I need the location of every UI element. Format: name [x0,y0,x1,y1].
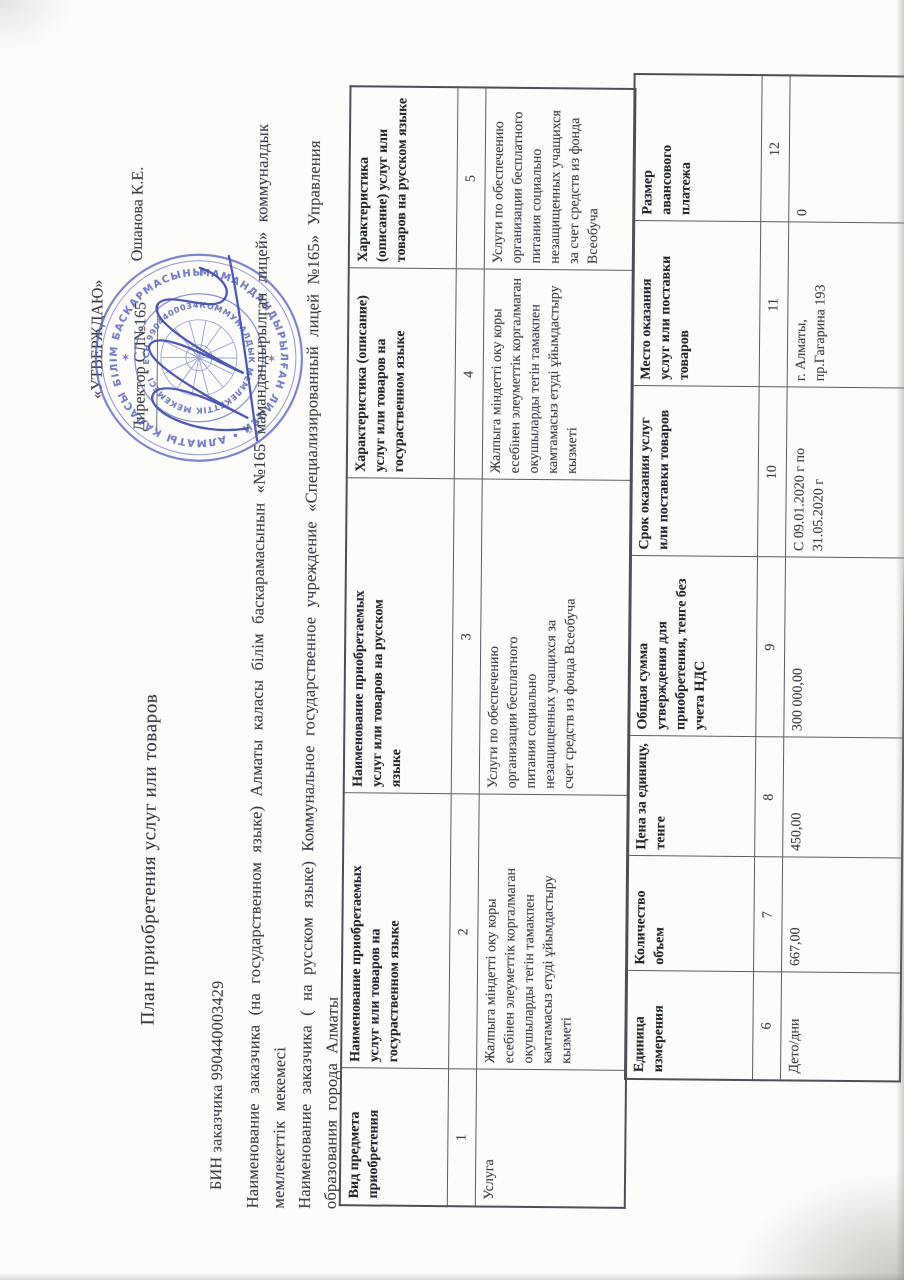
t2-data-cell: С 09.01.2020 г по 31.05.2020 г [786,387,904,558]
t2-header-cell: Размер авансового платежа [633,74,762,222]
t1-header-cell: Характеристика (описание) услуг или това… [349,86,458,269]
scan-corner-shadow-tl [0,0,70,50]
scan-corner-shadow [734,1170,904,1280]
t1-data-row: Услуга Жалпыга міндетті оку коры есебіне… [475,88,635,1208]
t1-data-cell: Услуги по обеспечению организации беспла… [479,479,632,795]
t1-header-cell: Вид предмета приобретения [340,1068,449,1206]
t2-data-cell: 0 [789,75,904,223]
t2-data-cell: Дето/дни [780,972,901,1081]
t2-number-cell: 11 [759,222,789,387]
t2-number-cell: 7 [754,857,783,972]
t2-number-cell: 10 [758,387,788,557]
t2-number-cell: 12 [761,75,790,222]
t1-number-cell: 3 [451,479,482,794]
document: План приобретения услуг или товаров «УТВ… [0,0,904,1280]
t2-header-cell: Срок оказания услуг или поставки товаров [630,386,759,557]
t2-data-cell: 450,00 [783,737,904,858]
t2-number-cell: 9 [756,557,786,737]
t2-number-cell: 6 [752,972,781,1080]
page-title: План приобретения услуг или товаров [137,693,162,1025]
t2-header-cell: Количество объем [626,856,755,972]
t2-header-cell: Место оказания услуг или поставки товаро… [632,221,761,387]
t1-header-cell: Характеристика (описание) услуг или това… [347,268,457,479]
t1-data-cell: Жалпыга міндетті оку коры есебінен элеум… [477,794,629,1070]
t1-data-cell: Услуги по обеспечению организации беспла… [484,88,635,271]
t2-header-row: Единица измерения Количество объем Цена … [625,74,762,1080]
bin-line: БИН заказчика 990440003429 [208,980,228,1190]
t1-number-cell: 2 [449,794,480,1069]
t1-header-row: Вид предмета приобретения Наименование п… [340,86,458,1206]
scanned-page: План приобретения услуг или товаров «УТВ… [0,0,904,1280]
t2-number-cell: 8 [755,737,784,857]
t2-data-row: Дето/дни 667,00 450,00 300 000,00 С 09.0… [780,75,904,1081]
t1-data-cell: Услуга [475,1069,626,1207]
t2-data-cell: 667,00 [782,857,903,973]
t2-data-cell: г. Алматы, пр.Гагарина 193 [787,222,904,388]
t2-header-cell: Цена за единицу, тенге [627,736,756,857]
t1-data-cell: Жалпыга міндетті оку коры есебінен элеум… [482,270,634,481]
t2-header-cell: Единица измерения [625,971,754,1080]
t2-data-cell: 300 000,00 [784,557,904,738]
scan-edge-shadow-right [896,0,904,1280]
t2-header-cell: Общая сумма утверждения для приобретения… [628,556,757,737]
customer-kz: Наименование заказчика (на государственн… [240,80,302,1208]
t1-number-cell: 4 [454,269,484,479]
t1-header-cell: Наименование приобретаемых услуг или тов… [341,793,451,1069]
document-content: План приобретения услуг или товаров «УТВ… [0,0,904,1280]
procurement-table-part2: Единица измерения Количество объем Цена … [624,73,904,1083]
t1-header-cell: Наименование приобретаемых услуг или тов… [344,478,455,794]
t1-number-cell: 1 [447,1069,476,1206]
t1-number-cell: 5 [456,87,486,269]
procurement-table-part1: Вид предмета приобретения Наименование п… [339,85,637,1209]
